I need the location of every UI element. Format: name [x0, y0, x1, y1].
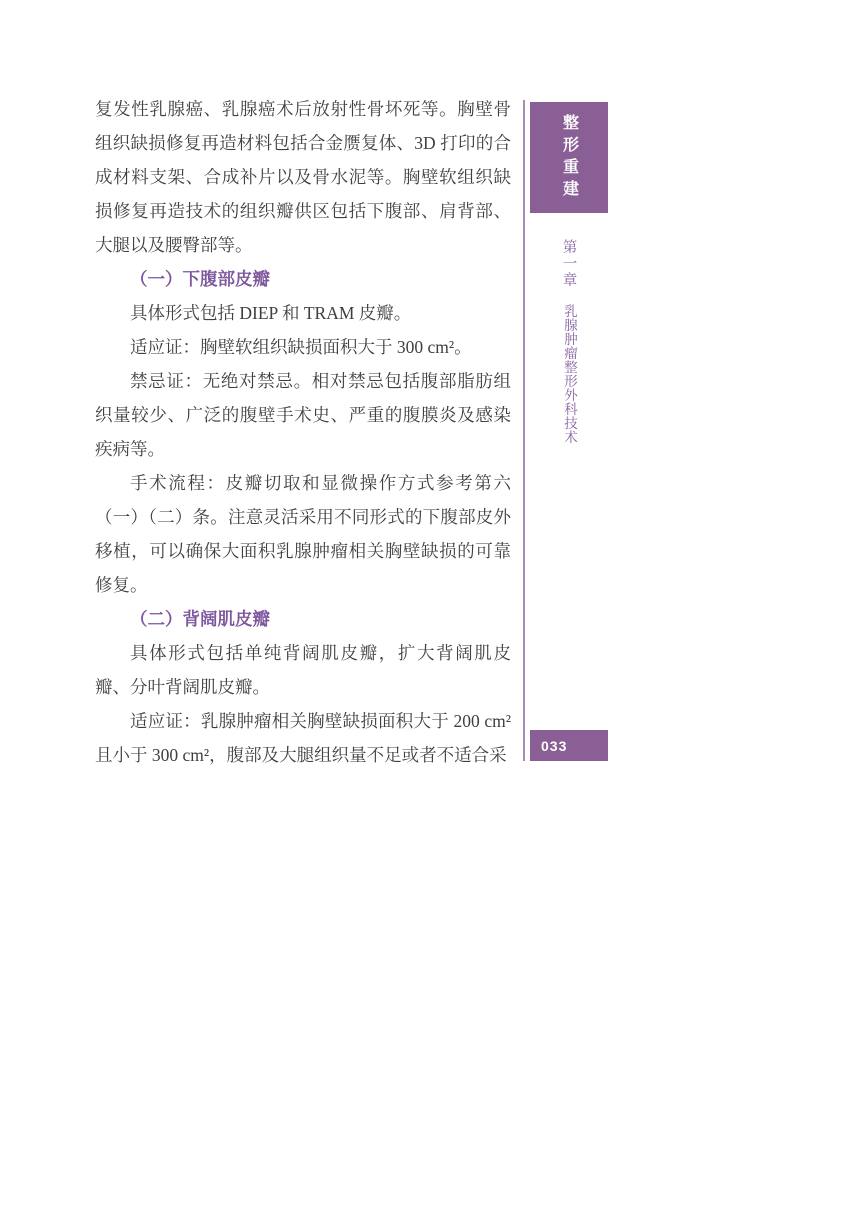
- chapter-marker: 第一章 乳腺肿瘤整形外科技术: [530, 239, 608, 444]
- article-body: 复发性乳腺癌、乳腺癌术后放射性骨坏死等。胸壁骨组织缺损修复再造材料包括合金赝复体…: [95, 92, 511, 772]
- paragraph: 禁忌证：无绝对禁忌。相对禁忌包括腹部脂肪组织量较少、广泛的腹壁手术史、严重的腹膜…: [95, 364, 511, 466]
- paragraph: 适应证：乳腺肿瘤相关胸壁缺损面积大于 200 cm² 且小于 300 cm²，腹…: [95, 704, 511, 772]
- sidebar-divider: [523, 100, 525, 761]
- paragraph: 具体形式包括 DIEP 和 TRAM 皮瓣。: [95, 296, 511, 330]
- book-page: 复发性乳腺癌、乳腺癌术后放射性骨坏死等。胸壁骨组织缺损修复再造材料包括合金赝复体…: [0, 0, 867, 1218]
- paragraph: 复发性乳腺癌、乳腺癌术后放射性骨坏死等。胸壁骨组织缺损修复再造材料包括合金赝复体…: [95, 92, 511, 262]
- page-number: 033: [541, 738, 567, 754]
- paragraph: 具体形式包括单纯背阔肌皮瓣，扩大背阔肌皮瓣、分叶背阔肌皮瓣。: [95, 636, 511, 704]
- part-tab-label: 整形重建: [558, 114, 581, 202]
- part-tab: 整形重建: [530, 102, 608, 213]
- chapter-number: 第一章: [559, 239, 580, 289]
- page-number-badge: 033: [530, 730, 608, 761]
- chapter-title: 乳腺肿瘤整形外科技术: [559, 304, 579, 444]
- section-heading: （二）背阔肌皮瓣: [95, 602, 511, 636]
- paragraph: 适应证：胸壁软组织缺损面积大于 300 cm²。: [95, 330, 511, 364]
- paragraph: 手术流程：皮瓣切取和显微操作方式参考第六（一）（二）条。注意灵活采用不同形式的下…: [95, 466, 511, 602]
- section-heading: （一）下腹部皮瓣: [95, 262, 511, 296]
